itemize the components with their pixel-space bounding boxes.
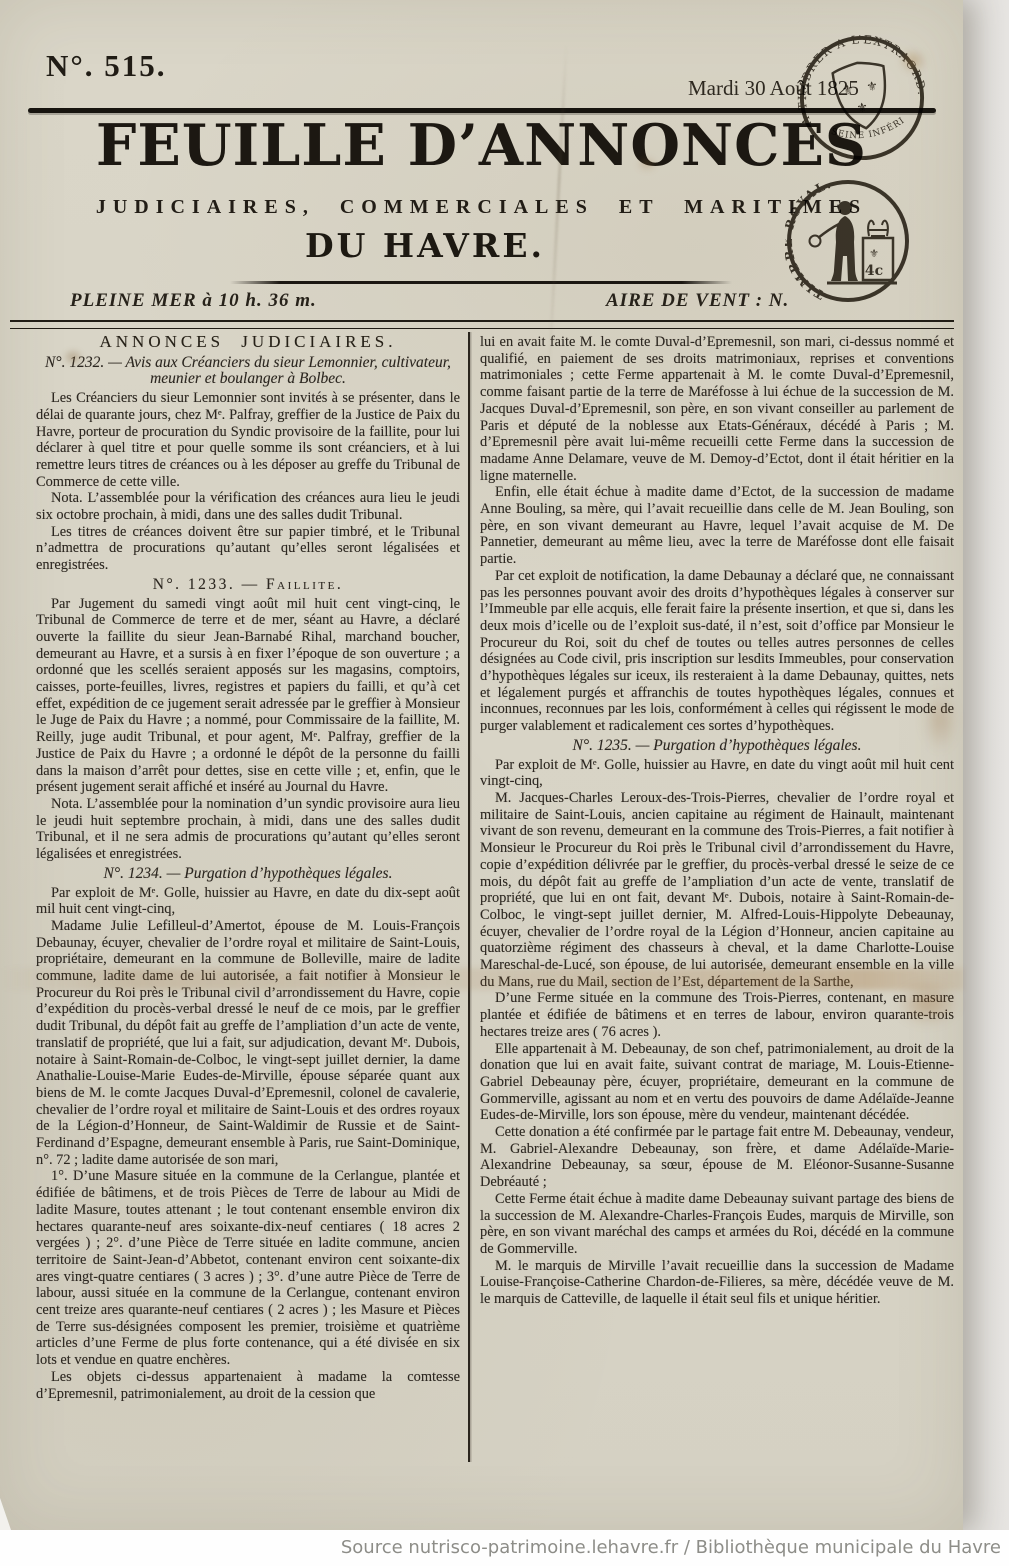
notice-paragraph: 1°. D’une Masure située en la commune de…	[36, 1168, 460, 1368]
newspaper-page: N°. 515. Mardi 30 Août 1825 FEUILLE D’AN…	[0, 0, 963, 1530]
notice-paragraph: Nota. L’assemblée pour la vérification d…	[36, 490, 460, 523]
notice-paragraph: Par exploit de Mᵉ. Golle, huissier au Ha…	[36, 885, 460, 918]
source-attribution: Source nutrisco-patrimoine.lehavre.fr / …	[341, 1537, 1001, 1558]
wind-info: AIRE DE VENT : N.	[606, 290, 789, 312]
notice-paragraph: D’une Ferme située en la commune des Tro…	[480, 990, 954, 1040]
royal-stamp-icon: TIMBRE ROYAL. ⚜ 4c	[785, 178, 911, 304]
notice-heading: N°. 1233. — Faillite.	[36, 577, 460, 594]
notice-paragraph: Les Créanciers du sieur Lemonnier sont i…	[36, 390, 460, 490]
notice-paragraph: Elle appartenait à M. Debeaunay, de son …	[480, 1041, 954, 1125]
notice-paragraph: lui en avait faite M. le comte Duval-d’E…	[480, 334, 954, 484]
notice-heading: N°. 1234. — Purgation d’hypothèques léga…	[36, 866, 460, 883]
tide-info: PLEINE MER à 10 h. 36 m.	[70, 290, 317, 312]
masthead-rule-short	[230, 281, 732, 284]
notice-heading: N°. 1235. — Purgation d’hypothèques léga…	[480, 738, 954, 755]
notice-paragraph: Les objets ci-dessus appartenaient à mad…	[36, 1369, 460, 1402]
notice-paragraph: Par Jugement du samedi vingt août mil hu…	[36, 596, 460, 796]
notice-paragraph: Madame Julie Lefilleul-d’Amertot, épouse…	[36, 918, 460, 1169]
notice-paragraph: M. Jacques-Charles Leroux-des-Trois-Pier…	[480, 790, 954, 990]
notice-paragraph: Enfin, elle était échue à madite dame d’…	[480, 484, 954, 568]
royal-stamp-denomination: 4c	[865, 263, 883, 279]
notice-paragraph: Cette donation a été confirmée par le pa…	[480, 1124, 954, 1191]
masthead-rule-double	[10, 320, 954, 329]
svg-text:⚜: ⚜	[869, 247, 879, 260]
column-divider	[468, 332, 470, 1462]
source-attribution-bar: Source nutrisco-patrimoine.lehavre.fr / …	[0, 1530, 1009, 1566]
notice-heading: ANNONCES JUDICIAIRES.	[36, 334, 460, 351]
notice-paragraph: Par exploit de Mᵉ. Golle, huissier au Ha…	[480, 757, 954, 790]
left-column: ANNONCES JUDICIAIRES.N°. 1232. — Avis au…	[36, 334, 460, 1462]
svg-text:⚜: ⚜	[841, 82, 854, 98]
svg-text:⚜: ⚜	[856, 100, 869, 116]
notice-paragraph: Par cet exploit de notification, la dame…	[480, 568, 954, 735]
issue-number: N°. 515.	[46, 48, 167, 84]
notice-paragraph: Les titres de créances doivent être sur …	[36, 524, 460, 574]
right-column: lui en avait faite M. le comte Duval-d’E…	[480, 334, 954, 1462]
notice-paragraph: M. le marquis de Mirville l’avait recuei…	[480, 1258, 954, 1308]
notice-paragraph: Cette Ferme était échue à madite dame De…	[480, 1191, 954, 1258]
tax-stamp-icon: A TIMBRER A L’EXTRAORD. SEINE INFÉRIEURE…	[789, 25, 936, 172]
svg-text:⚜: ⚜	[865, 79, 878, 95]
corner-tear	[0, 1498, 11, 1530]
masthead-edition: DU HAVRE.	[0, 226, 850, 265]
notice-heading: N°. 1232. — Avis aux Créanciers du sieur…	[36, 355, 460, 388]
notice-paragraph: Nota. L’assemblée pour la nomination d’u…	[36, 796, 460, 863]
